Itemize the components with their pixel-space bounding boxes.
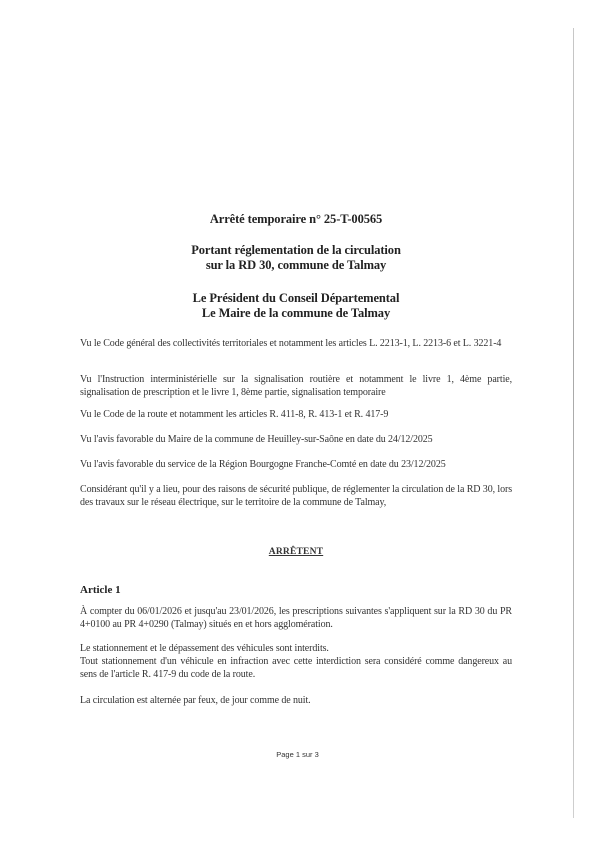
- authorities: Le Président du Conseil Départemental Le…: [80, 291, 512, 321]
- article-1-paragraph-4: La circulation est alternée par feux, de…: [80, 695, 512, 708]
- visa-instruction: Vu l'Instruction interministérielle sur …: [80, 374, 512, 399]
- decree-subtitle-line1: Portant réglementation de la circulation: [80, 243, 512, 258]
- visa-code-route: Vu le Code de la route et notamment les …: [80, 409, 512, 422]
- article-1-paragraph-1: À compter du 06/01/2026 et jusqu'au 23/0…: [80, 606, 512, 631]
- article-1-paragraph-2: Le stationnement et le dépassement des v…: [80, 643, 512, 656]
- page-number: Page 1 sur 3: [0, 750, 595, 759]
- article-1-heading: Article 1: [80, 584, 121, 596]
- article-1-paragraph-3: Tout stationnement d'un véhicule en infr…: [80, 656, 512, 681]
- decree-title: Arrêté temporaire n° 25-T-00565: [80, 212, 512, 227]
- considerant: Considérant qu'il y a lieu, pour des rai…: [80, 484, 512, 509]
- visa-cgct: Vu le Code général des collectivités ter…: [80, 338, 512, 351]
- authority-president: Le Président du Conseil Départemental: [80, 291, 512, 306]
- decree-subtitle: Portant réglementation de la circulation…: [80, 243, 512, 273]
- decree-subtitle-line2: sur la RD 30, commune de Talmay: [80, 258, 512, 273]
- decision-heading: ARRÊTENT: [80, 547, 512, 557]
- visa-avis-region: Vu l'avis favorable du service de la Rég…: [80, 459, 512, 472]
- visa-avis-maire: Vu l'avis favorable du Maire de la commu…: [80, 434, 512, 447]
- authority-mayor: Le Maire de la commune de Talmay: [80, 306, 512, 321]
- scan-edge-line: [573, 28, 574, 818]
